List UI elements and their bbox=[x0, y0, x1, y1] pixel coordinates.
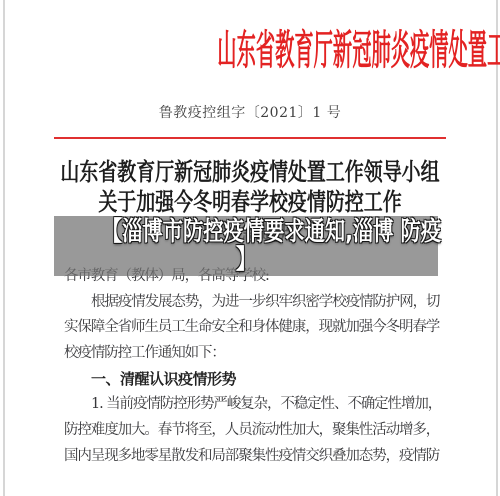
body-line: 1. 当前疫情防控形势严峻复杂，不稳定性、不确定性增加， bbox=[64, 392, 440, 418]
body-line: 国内呈现多地零星散发和局部聚集性疫情交织叠加态势，疫情防 bbox=[64, 444, 440, 470]
letterhead-org-name-text: 山东省教育厅新冠肺炎疫情处置工作领导小组 bbox=[217, 27, 500, 73]
document-number: 鲁教疫控组字〔2021〕1 号 bbox=[0, 102, 500, 122]
caption-banner-line2: 】 bbox=[54, 246, 438, 274]
body-line: 校疫情防控工作通知如下： bbox=[64, 341, 440, 367]
document-title-line1: 山东省教育厅新冠肺炎疫情处置工作领导小组 bbox=[0, 157, 500, 187]
letterhead-org-name: 山东省教育厅新冠肺炎疫情处置工作领导小组 bbox=[0, 27, 500, 73]
red-divider-line bbox=[54, 137, 446, 139]
document-body: 各市教育（教体）局，各高等学校: 根据疫情发展态势，为进一步织牢织密学校疫情防护… bbox=[64, 264, 440, 470]
page-left-edge bbox=[3, 0, 5, 496]
document-page: 山东省教育厅新冠肺炎疫情处置工作领导小组 鲁教疫控组字〔2021〕1 号 山东省… bbox=[0, 0, 500, 496]
document-title-line2: 关于加强今冬明春学校疫情防控工作 bbox=[0, 187, 500, 217]
caption-banner-line1: 【淄博市防控疫情要求通知,淄博 防疫 bbox=[54, 218, 438, 246]
body-line: 防控难度加大。春节将至，人员流动性加大，聚集性活动增多， bbox=[64, 418, 440, 444]
body-section-heading: 一、清醒认识疫情形势 bbox=[64, 367, 440, 393]
body-line: 实保障全省师生员工生命安全和身体健康，现就加强今冬明春学 bbox=[64, 315, 440, 341]
caption-banner: 【淄博市防控疫情要求通知,淄博 防疫 】 bbox=[54, 216, 438, 276]
body-line: 根据疫情发展态势，为进一步织牢织密学校疫情防护网，切 bbox=[64, 290, 440, 316]
page-right-edge bbox=[496, 0, 498, 496]
